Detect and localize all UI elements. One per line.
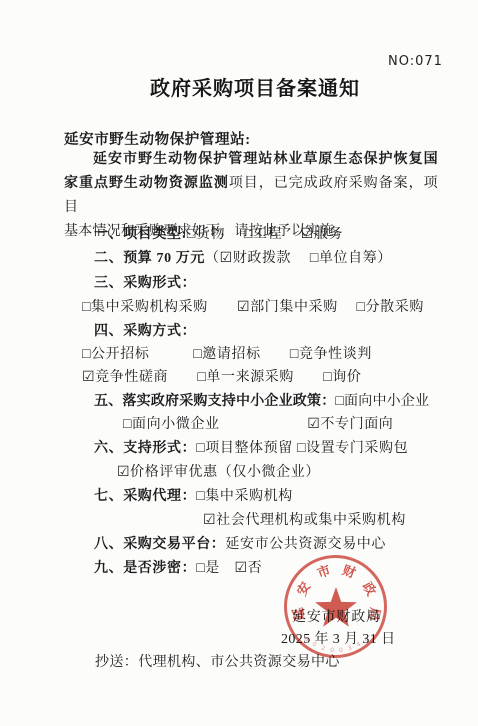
options-procurement-form: □集中采购机构采购 ☑部门集中采购 □分散采购 — [82, 296, 424, 316]
label-bold: 一、项目类型: — [94, 227, 187, 242]
item-project-type: 一、项目类型:□货物 □工程 ☑服务 — [94, 223, 343, 243]
label-bold: 五、落实政府采购支持中小企业政策： — [94, 394, 335, 409]
stamp-serial-digit: 0 — [338, 647, 345, 656]
item-sme-policy: 五、落实政府采购支持中小企业政策：□面向中小企业 — [94, 390, 429, 410]
options-method-row2: ☑竞争性磋商 □单一来源采购 □询价 — [82, 366, 361, 386]
label-text: □公开招标 □邀请招标 □竞争性谈判 — [82, 347, 372, 362]
official-seal: 延安市财政局 60200344 — [284, 555, 389, 660]
stamp-arc-char: 延 — [290, 606, 308, 623]
label-bold: 家重点野生动物资源监测 — [64, 176, 229, 191]
options-agent-row2: ☑社会代理机构或集中采购机构 — [203, 509, 406, 529]
label-text: ☑价格评审优惠（仅小微企业） — [117, 465, 320, 480]
label-text: ☑竞争性磋商 □单一来源采购 □询价 — [82, 370, 361, 385]
options-method-row1: □公开招标 □邀请招标 □竞争性谈判 — [82, 343, 372, 363]
paragraph-line: 家重点野生动物资源监测项目，已完成政府采购备案，项目 — [64, 172, 438, 220]
star-icon — [313, 585, 359, 629]
label-bold: 六、支持形式： — [94, 441, 196, 456]
item-trading-platform: 八、采购交易平台：延安市公共资源交易中心 — [94, 533, 386, 553]
label-text: □面向中小企业 — [335, 394, 429, 409]
options-sme-row2: □面向小微企业 ☑不专门面向 — [123, 413, 393, 433]
options-support-row2: ☑价格评审优惠（仅小微企业） — [117, 461, 320, 481]
item-support-form: 六、支持形式：□项目整体预留 □设置专门采购包 — [94, 437, 408, 457]
label-bold: 八、采购交易平台： — [94, 537, 225, 552]
label-bold: 延安市野生动物保护管理站林业草原生态保护恢复国 — [93, 152, 438, 167]
label-text: □集中采购机构采购 ☑部门集中采购 □分散采购 — [82, 300, 424, 315]
item-procurement-form: 三、采购形式： — [94, 272, 196, 292]
label-text: □是 ☑否 — [196, 561, 262, 576]
stamp-arc-char: 局 — [365, 606, 383, 623]
doc-number: NO:071 — [388, 54, 443, 69]
item-procurement-agent: 七、采购代理：□集中采购机构 — [94, 485, 293, 505]
label-text: □货物 □工程 ☑服务 — [187, 227, 343, 242]
label-text: □面向小微企业 ☑不专门面向 — [123, 417, 393, 432]
label-bold: 四、采购方式： — [94, 324, 196, 339]
label-text: （☑财政拨款 □单位自筹） — [205, 251, 392, 266]
item-confidentiality: 九、是否涉密：□是 ☑否 — [94, 557, 262, 577]
label-bold: 九、是否涉密： — [94, 561, 196, 576]
page-title: 政府采购项目备案通知 — [150, 72, 360, 101]
paragraph-line: 延安市野生动物保护管理站林业草原生态保护恢复国 — [64, 148, 438, 172]
stamp-serial-digit: 0 — [328, 647, 335, 656]
label-text: □集中采购机构 — [196, 489, 293, 504]
label-bold: 三、采购形式： — [94, 276, 196, 291]
label-text: □项目整体预留 □设置专门采购包 — [196, 441, 408, 456]
label-bold: 七、采购代理： — [94, 489, 196, 504]
label-bold: 二、预算 70 万元 — [94, 251, 205, 266]
label-text: ☑社会代理机构或集中采购机构 — [203, 513, 406, 528]
recipient-line: 延安市野生动物保护管理站: — [64, 128, 251, 149]
document-page: NO:071 政府采购项目备案通知 延安市野生动物保护管理站: 延安市野生动物保… — [0, 0, 478, 726]
item-budget: 二、预算 70 万元（☑财政拨款 □单位自筹） — [94, 247, 392, 267]
item-procurement-method: 四、采购方式： — [94, 320, 196, 340]
label-text: 延安市公共资源交易中心 — [225, 537, 386, 552]
